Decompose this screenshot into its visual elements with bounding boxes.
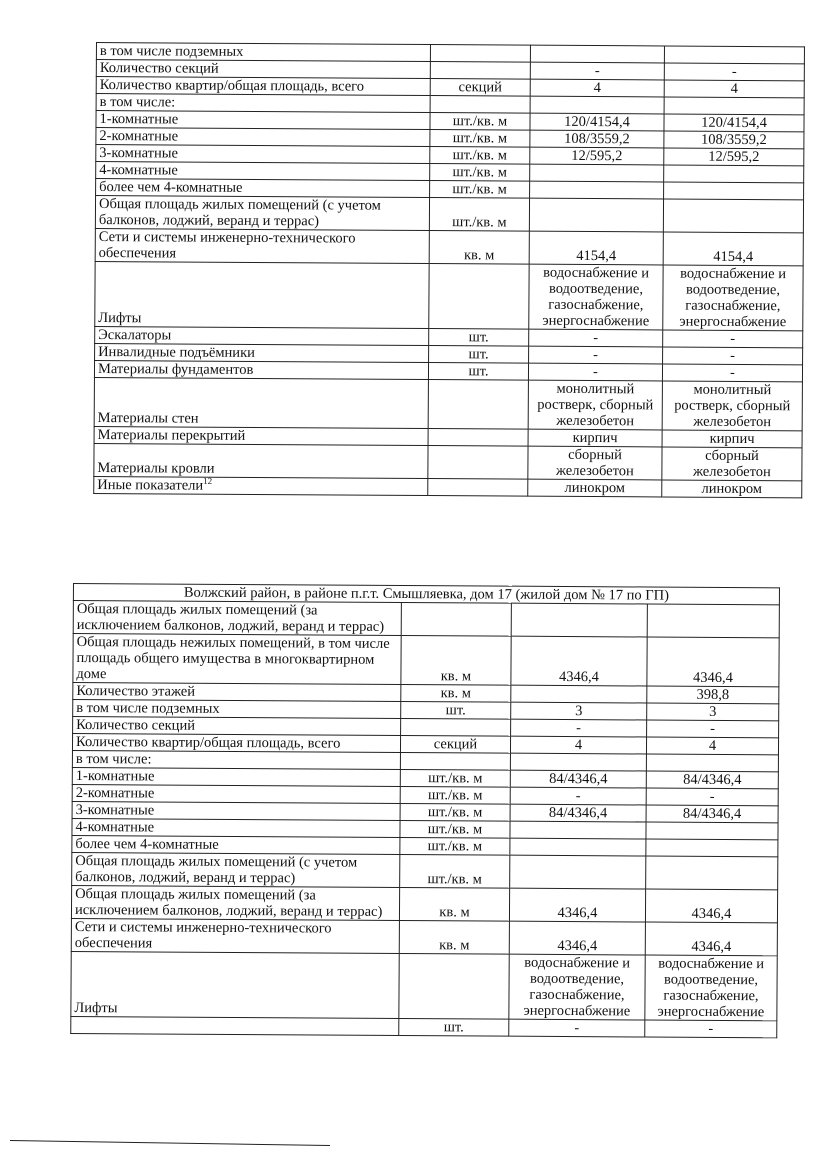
value-col2: - xyxy=(663,347,803,365)
table-row: Общая площадь жилых помещений (за исключ… xyxy=(73,601,779,638)
value-col1: 3 xyxy=(511,702,647,720)
row-label: Эскалаторы xyxy=(95,326,429,345)
value-col1 xyxy=(530,45,664,63)
value-col2: монолитный ростверк, сборный железобетон xyxy=(662,381,802,431)
row-label: Количество квартир/общая площадь, всего xyxy=(96,77,430,96)
row-unit: шт./кв. м xyxy=(430,181,530,199)
value-col1: 4346,4 xyxy=(509,921,645,955)
table-row: Лифтыводоснабжение и водоотведение, газо… xyxy=(95,261,803,330)
value-col2: - xyxy=(645,1020,777,1038)
value-col2: - xyxy=(646,788,778,806)
value-col2: 4 xyxy=(646,737,778,755)
row-unit xyxy=(430,62,530,80)
row-label: Материалы перекрытий xyxy=(94,426,428,445)
row-label xyxy=(71,1016,399,1035)
table-row: Лифтыводоснабжение и водоотведение, газо… xyxy=(71,951,777,1020)
row-unit xyxy=(429,264,529,330)
value-col2: 108/3559,2 xyxy=(664,131,804,149)
table-row: Общая площадь нежилых помещений, в том ч… xyxy=(73,634,779,687)
row-unit xyxy=(399,953,509,1019)
row-label: Общая площадь жилых помещений (с учетом … xyxy=(72,852,400,887)
value-col1: 84/4346,4 xyxy=(510,770,646,788)
value-col2: - xyxy=(663,330,803,348)
row-label: в том числе: xyxy=(96,94,430,113)
row-label: Количество квартир/общая площадь, всего xyxy=(72,734,400,753)
value-col1: 120/4154,4 xyxy=(530,113,664,131)
row-label: Материалы кровли xyxy=(94,443,428,478)
table-row: шт.-- xyxy=(71,1016,777,1037)
row-unit: шт./кв. м xyxy=(400,838,510,856)
value-col1 xyxy=(511,603,647,637)
value-col1: сборный железобетон xyxy=(528,446,662,480)
footnote-marker: 12 xyxy=(203,476,212,486)
row-unit xyxy=(401,719,511,737)
row-label: Лифты xyxy=(95,261,429,328)
table-row: Сети и системы инженерно-технического об… xyxy=(71,918,777,955)
row-unit: шт. xyxy=(429,346,529,364)
value-col2 xyxy=(646,822,778,840)
row-label: Общая площадь жилых помещений (за исключ… xyxy=(71,885,399,920)
row-label: в том числе подземных xyxy=(96,43,430,62)
indicators-table-part1: в том числе подземныхКоличество секций--… xyxy=(93,42,805,498)
row-unit: шт./кв. м xyxy=(400,770,510,788)
row-label: Общая площадь жилых помещений (с учетом … xyxy=(95,196,429,231)
value-col2: 84/4346,4 xyxy=(646,805,778,823)
value-col2: 4 xyxy=(664,80,804,98)
value-col1 xyxy=(510,821,646,839)
table-row: Общая площадь жилых помещений (с учетом … xyxy=(95,196,803,233)
value-col1: - xyxy=(529,329,663,347)
value-col1 xyxy=(510,838,646,856)
row-unit xyxy=(428,479,528,497)
value-col2: 4154,4 xyxy=(663,232,803,266)
row-label: в том числе: xyxy=(72,750,400,769)
table-row: Сети и системы инженерно-технического об… xyxy=(95,228,803,265)
value-col1: линокром xyxy=(528,479,662,497)
value-col1 xyxy=(510,753,646,771)
row-unit: кв. м xyxy=(401,685,511,703)
value-col1: водоснабжение и водоотведение, газоснабж… xyxy=(529,264,663,330)
row-label: Иные показатели12 xyxy=(94,476,428,495)
row-unit: шт./кв. м xyxy=(430,130,530,148)
value-col2: 4346,4 xyxy=(647,637,779,687)
value-col1: - xyxy=(529,346,663,364)
value-col2 xyxy=(663,199,803,233)
value-col2: водоснабжение и водоотведение, газоснабж… xyxy=(663,265,803,331)
footnote-separator xyxy=(10,1140,330,1146)
value-col2 xyxy=(664,182,804,200)
row-label: 3-комнатные xyxy=(72,801,400,820)
row-label: Общая площадь нежилых помещений, в том ч… xyxy=(73,634,401,685)
value-col1: - xyxy=(528,363,662,381)
row-unit: кв. м xyxy=(429,231,529,265)
value-col2: 12/595,2 xyxy=(664,148,804,166)
row-label: Общая площадь жилых помещений (за исключ… xyxy=(73,601,401,636)
row-label: Сети и системы инженерно-технического об… xyxy=(71,918,399,953)
row-unit: кв. м xyxy=(399,888,509,922)
row-unit: шт./кв. м xyxy=(400,821,510,839)
row-label: Количество секций xyxy=(73,717,401,736)
value-col2 xyxy=(646,856,778,890)
value-col1: 84/4346,4 xyxy=(510,804,646,822)
row-label: Сети и системы инженерно-технического об… xyxy=(95,228,429,263)
row-label: 4-комнатные xyxy=(96,162,430,181)
value-col2: - xyxy=(662,364,802,382)
value-col1: - xyxy=(510,787,646,805)
row-unit: шт. xyxy=(428,363,528,381)
row-label: Лифты xyxy=(71,951,399,1018)
row-label: 1-комнатные xyxy=(96,111,430,130)
value-col1: 4346,4 xyxy=(511,636,647,686)
row-label: 3-комнатные xyxy=(96,145,430,164)
value-col2: сборный железобетон xyxy=(662,447,802,481)
row-label: Количество секций xyxy=(96,60,430,79)
value-col1: 4 xyxy=(530,79,664,97)
value-col2 xyxy=(647,604,779,638)
row-unit: шт./кв. м xyxy=(400,855,510,889)
value-col1 xyxy=(530,164,664,182)
row-unit xyxy=(400,753,510,771)
row-unit: шт. xyxy=(399,1018,509,1036)
value-col1 xyxy=(511,685,647,703)
row-unit xyxy=(430,45,530,63)
row-unit xyxy=(428,380,528,430)
value-col2: 398,8 xyxy=(647,686,779,704)
indicators-table-house17: Волжский район, в районе п.г.т. Смышляев… xyxy=(70,583,780,1038)
value-col2: - xyxy=(647,720,779,738)
table-row: Общая площадь жилых помещений (за исключ… xyxy=(71,885,777,922)
row-unit: кв. м xyxy=(401,636,511,686)
value-col2 xyxy=(664,46,804,64)
value-col2 xyxy=(646,839,778,857)
value-col2: линокром xyxy=(662,480,802,498)
value-col1: 4 xyxy=(510,736,646,754)
row-label: 4-комнатные xyxy=(72,818,400,837)
row-unit: секций xyxy=(400,736,510,754)
row-label: 2-комнатные xyxy=(72,784,400,803)
value-col2: 3 xyxy=(647,703,779,721)
value-col2 xyxy=(664,165,804,183)
value-col2: кирпич xyxy=(662,430,802,448)
value-col1: 4346,4 xyxy=(509,888,645,922)
row-label: в том числе подземных xyxy=(73,700,401,719)
row-label: 2-комнатные xyxy=(96,128,430,147)
row-unit xyxy=(428,446,528,480)
value-col2: 4346,4 xyxy=(645,922,777,956)
row-unit: шт./кв. м xyxy=(429,198,529,232)
value-col1: - xyxy=(530,62,664,80)
value-col1: - xyxy=(511,719,647,737)
row-label: Материалы стен xyxy=(94,377,428,428)
value-col2: 4346,4 xyxy=(645,889,777,923)
value-col2 xyxy=(664,97,804,115)
row-label: 1-комнатные xyxy=(72,767,400,786)
table-row: Общая площадь жилых помещений (с учетом … xyxy=(72,852,778,889)
table-row: Материалы кровлисборный железобетонсборн… xyxy=(94,443,802,480)
row-unit: шт./кв. м xyxy=(400,787,510,805)
value-col2 xyxy=(646,754,778,772)
row-unit: шт. xyxy=(429,329,529,347)
row-unit: шт./кв. м xyxy=(430,147,530,165)
row-unit: шт. xyxy=(401,702,511,720)
row-unit: секций xyxy=(430,79,530,97)
row-unit: кв. м xyxy=(399,921,509,955)
row-unit xyxy=(401,603,511,637)
table-row: Иные показатели12линокромлинокром xyxy=(94,476,802,497)
value-col2: 120/4154,4 xyxy=(664,114,804,132)
table-row: Материалы стенмонолитный ростверк, сборн… xyxy=(94,377,802,430)
value-col1: - xyxy=(509,1019,645,1037)
row-unit: шт./кв. м xyxy=(400,804,510,822)
value-col1 xyxy=(529,198,663,232)
value-col1: 4154,4 xyxy=(529,231,663,265)
value-col2: - xyxy=(664,63,804,81)
value-col1 xyxy=(530,96,664,114)
row-unit: шт./кв. м xyxy=(430,113,530,131)
row-label: Количество этажей xyxy=(73,683,401,702)
row-unit: шт./кв. м xyxy=(430,164,530,182)
row-unit xyxy=(430,96,530,114)
value-col1: 108/3559,2 xyxy=(530,130,664,148)
row-label: более чем 4-комнатные xyxy=(72,835,400,854)
value-col2: 84/4346,4 xyxy=(646,771,778,789)
value-col1: водоснабжение и водоотведение, газоснабж… xyxy=(509,954,645,1020)
value-col1 xyxy=(530,181,664,199)
value-col2: водоснабжение и водоотведение, газоснабж… xyxy=(645,955,777,1021)
value-col1: монолитный ростверк, сборный железобетон xyxy=(528,380,662,430)
value-col1 xyxy=(510,855,646,889)
row-label: Инвалидные подъёмники xyxy=(95,343,429,362)
document-page: в том числе подземныхКоличество секций--… xyxy=(0,0,832,1169)
row-label: Материалы фундаментов xyxy=(94,360,428,379)
row-unit xyxy=(428,429,528,447)
value-col1: 12/595,2 xyxy=(530,147,664,165)
value-col1: кирпич xyxy=(528,429,662,447)
row-label: более чем 4-комнатные xyxy=(96,179,430,198)
